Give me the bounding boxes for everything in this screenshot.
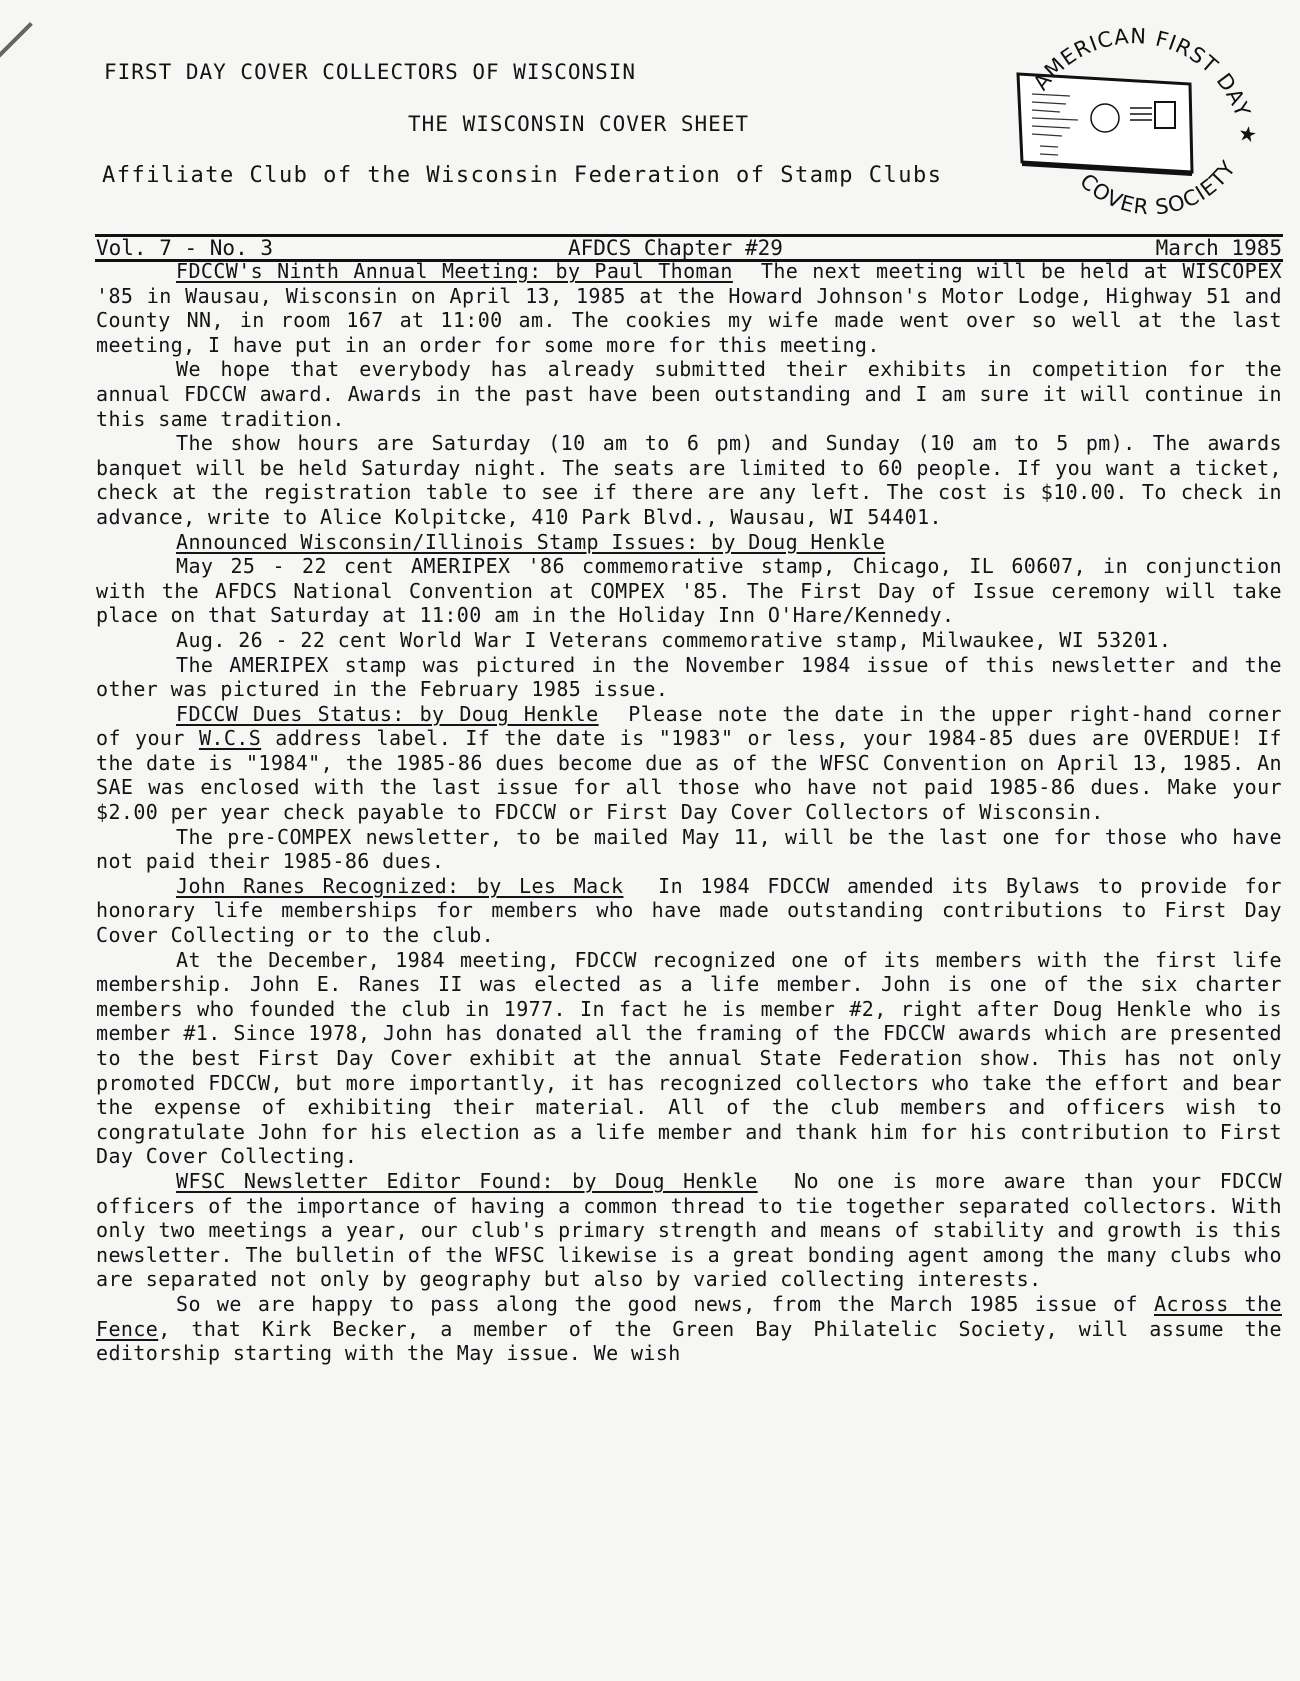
issue-chapter: AFDCS Chapter #29 bbox=[568, 236, 783, 260]
article-paragraph: FDCCW's Ninth Annual Meeting: by Paul Th… bbox=[96, 259, 1282, 357]
affiliation-line: Affiliate Club of the Wisconsin Federati… bbox=[102, 163, 942, 188]
article-paragraph: So we are happy to pass along the good n… bbox=[96, 1292, 1282, 1366]
issue-volume: Vol. 7 - No. 3 bbox=[96, 236, 273, 260]
article-headline: FDCCW's Ninth Annual Meeting: by Paul Th… bbox=[176, 259, 733, 283]
wcs-term: W.C.S bbox=[199, 726, 261, 750]
issue-bar: Vol. 7 - No. 3 AFDCS Chapter #29 March 1… bbox=[96, 236, 1282, 260]
article-paragraph: At the December, 1984 meeting, FDCCW rec… bbox=[96, 948, 1282, 1169]
article-paragraph: The AMERIPEX stamp was pictured in the N… bbox=[96, 653, 1282, 702]
article-paragraph: Aug. 26 - 22 cent World War I Veterans c… bbox=[96, 628, 1282, 653]
article-headline: Announced Wisconsin/Illinois Stamp Issue… bbox=[176, 530, 885, 554]
article-paragraph: FDCCW Dues Status: by Doug Henkle Please… bbox=[96, 702, 1282, 825]
newsletter-page: FIRST DAY COVER COLLECTORS OF WISCONSIN … bbox=[0, 0, 1300, 1681]
article-paragraph: WFSC Newsletter Editor Found: by Doug He… bbox=[96, 1169, 1282, 1292]
newsletter-body: FDCCW's Ninth Annual Meeting: by Paul Th… bbox=[96, 259, 1282, 1366]
article-paragraph: The show hours are Saturday (10 am to 6 … bbox=[96, 431, 1282, 529]
afdcs-logo: AMERICAN FIRST DAY ★ COVER SOCIETY bbox=[1000, 22, 1290, 222]
article-paragraph: John Ranes Recognized: by Les Mack In 19… bbox=[96, 874, 1282, 948]
newsletter-title: THE WISCONSIN COVER SHEET bbox=[408, 112, 749, 136]
article-headline: FDCCW Dues Status: by Doug Henkle bbox=[176, 702, 599, 726]
article-paragraph: We hope that everybody has already submi… bbox=[96, 357, 1282, 431]
article-headline: WFSC Newsletter Editor Found: by Doug He… bbox=[176, 1169, 758, 1193]
pen-mark bbox=[0, 22, 33, 59]
article-paragraph: May 25 - 22 cent AMERIPEX '86 commemorat… bbox=[96, 554, 1282, 628]
organization-name: FIRST DAY COVER COLLECTORS OF WISCONSIN bbox=[104, 60, 636, 84]
article-headline-row: Announced Wisconsin/Illinois Stamp Issue… bbox=[96, 530, 1282, 555]
issue-date: March 1985 bbox=[1156, 236, 1282, 260]
article-headline: John Ranes Recognized: by Les Mack bbox=[176, 874, 623, 898]
article-paragraph: The pre-COMPEX newsletter, to be mailed … bbox=[96, 825, 1282, 874]
